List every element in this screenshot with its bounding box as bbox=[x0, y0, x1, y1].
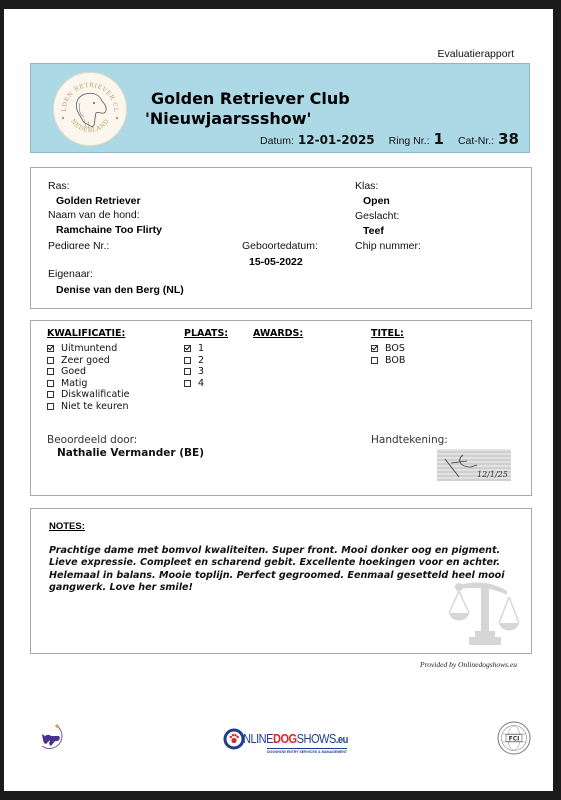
logo-text-top: GOLDEN RETRIEVER CLUB bbox=[54, 73, 119, 112]
checkbox-label: Uitmuntend bbox=[61, 343, 117, 355]
chip-number-label: Chip nummer: bbox=[355, 240, 421, 252]
catalog-number: 38 bbox=[498, 130, 519, 148]
show-name: 'Nieuwjaarssshow' bbox=[145, 109, 311, 128]
sex-value: Teef bbox=[363, 225, 384, 237]
checkbox-option[interactable]: BOB bbox=[371, 355, 405, 367]
breed-label: Ras: bbox=[48, 180, 70, 192]
checkbox-label: BOS bbox=[385, 343, 405, 355]
checkbox-label: Diskwalificatie bbox=[61, 389, 130, 401]
checkbox-option[interactable]: Niet te keuren bbox=[47, 401, 130, 413]
checkbox-option[interactable]: Uitmuntend bbox=[47, 343, 130, 355]
fci-logo-icon: FCI bbox=[497, 721, 531, 755]
signature-date: 12/1/25 bbox=[477, 470, 508, 479]
signature-label: Handtekening: bbox=[371, 434, 448, 446]
show-date: 12-01-2025 bbox=[298, 133, 375, 147]
checkbox-unchecked-icon[interactable] bbox=[47, 391, 54, 398]
logo-part-dog: DOG bbox=[273, 731, 297, 746]
checkbox-unchecked-icon[interactable] bbox=[47, 357, 54, 364]
checkbox-label: Matig bbox=[61, 378, 87, 390]
checkbox-option[interactable]: 2 bbox=[184, 355, 228, 367]
judge-name: Nathalie Vermander (BE) bbox=[57, 447, 204, 459]
dog-info-section: Ras: Golden Retriever Naam van de hond: … bbox=[30, 167, 532, 309]
checkbox-option[interactable]: Matig bbox=[47, 378, 130, 390]
pedigree-label: Pedigree Nr.: bbox=[48, 240, 109, 249]
checkbox-option[interactable]: Zeer goed bbox=[47, 355, 130, 367]
checkbox-option[interactable]: 3 bbox=[184, 366, 228, 378]
checkbox-checked-icon[interactable] bbox=[184, 345, 191, 352]
checkbox-unchecked-icon[interactable] bbox=[184, 357, 191, 364]
checkbox-label: Zeer goed bbox=[61, 355, 110, 367]
birthdate-label: Geboortedatum: bbox=[242, 240, 318, 252]
awards-heading: AWARDS: bbox=[253, 328, 303, 339]
breed-value: Golden Retriever bbox=[56, 195, 141, 207]
report-type-label: Evaluatierapport bbox=[438, 48, 514, 60]
checkbox-checked-icon[interactable] bbox=[371, 345, 378, 352]
judged-by-label: Beoordeeld door: bbox=[47, 434, 137, 446]
checkbox-label: 3 bbox=[198, 366, 204, 378]
ring-label: Ring Nr.: bbox=[389, 135, 430, 147]
logo-part-eu: .eu bbox=[336, 734, 348, 746]
dog-name-value: Ramchaine Too Flirty bbox=[56, 224, 162, 236]
checkbox-option[interactable]: 1 bbox=[184, 343, 228, 355]
checkbox-label: 2 bbox=[198, 355, 204, 367]
signature-image: 12/1/25 bbox=[437, 449, 511, 481]
placement-heading: PLAATS: bbox=[184, 328, 228, 339]
checkbox-label: 4 bbox=[198, 378, 204, 390]
show-meta: Datum: 12-01-2025 Ring Nr.: 1 Cat-Nr.: 3… bbox=[260, 130, 519, 148]
checkbox-label: Goed bbox=[61, 366, 86, 378]
golden-retriever-club-logo-icon: GOLDEN RETRIEVER CLUB NEDERLAND bbox=[53, 72, 127, 146]
owner-label: Eigenaar: bbox=[48, 268, 93, 280]
qualification-options: UitmuntendZeer goedGoedMatigDiskwalifica… bbox=[47, 343, 130, 412]
ring-number: 1 bbox=[434, 130, 444, 148]
qualification-heading: KWALIFICATIE: bbox=[47, 328, 130, 339]
onlinedogshows-wordmark: NLINEDOGSHOWS.eu bbox=[243, 731, 348, 746]
checkbox-unchecked-icon[interactable] bbox=[47, 403, 54, 410]
checkbox-label: Niet te keuren bbox=[61, 401, 129, 413]
checkbox-option[interactable]: Goed bbox=[47, 366, 130, 378]
notes-section: NOTES: Prachtige dame met bomvol kwalite… bbox=[30, 508, 532, 654]
checkbox-unchecked-icon[interactable] bbox=[47, 368, 54, 375]
class-value: Open bbox=[363, 195, 390, 207]
title-group: TITEL: BOSBOB bbox=[371, 328, 405, 366]
sex-label: Geslacht: bbox=[355, 210, 399, 222]
checkbox-unchecked-icon[interactable] bbox=[47, 380, 54, 387]
title-options: BOSBOB bbox=[371, 343, 405, 366]
owner-value: Denise van den Berg (NL) bbox=[56, 284, 184, 296]
class-label: Klas: bbox=[355, 180, 378, 192]
club-name: Golden Retriever Club bbox=[151, 89, 350, 108]
onlinedogshows-logo[interactable]: NLINEDOGSHOWS.eu DOGSHOW ENTRY SERVICES … bbox=[223, 728, 353, 758]
onlinedogshows-subtitle: DOGSHOW ENTRY SERVICES & MANAGEMENT bbox=[267, 748, 347, 754]
checkbox-unchecked-icon[interactable] bbox=[371, 357, 378, 364]
svg-text:GOLDEN RETRIEVER CLUB: GOLDEN RETRIEVER CLUB bbox=[54, 73, 119, 112]
report-header: GOLDEN RETRIEVER CLUB NEDERLAND Golden R… bbox=[30, 63, 530, 153]
fci-text: FCI bbox=[509, 736, 520, 743]
dog-jumping-logo-icon bbox=[37, 722, 67, 752]
logo-part-online: NLINE bbox=[243, 731, 273, 746]
checkbox-unchecked-icon[interactable] bbox=[184, 368, 191, 375]
date-label: Datum: bbox=[260, 135, 294, 147]
checkbox-option[interactable]: BOS bbox=[371, 343, 405, 355]
notes-heading: NOTES: bbox=[49, 521, 85, 532]
awards-group: AWARDS: bbox=[253, 328, 303, 339]
dog-name-label: Naam van de hond: bbox=[48, 209, 140, 221]
evaluation-section: KWALIFICATIE: UitmuntendZeer goedGoedMat… bbox=[30, 320, 532, 496]
checkbox-unchecked-icon[interactable] bbox=[184, 380, 191, 387]
catalog-label: Cat-Nr.: bbox=[458, 135, 494, 147]
checkbox-checked-icon[interactable] bbox=[47, 345, 54, 352]
qualification-group: KWALIFICATIE: UitmuntendZeer goedGoedMat… bbox=[47, 328, 130, 412]
checkbox-option[interactable]: Diskwalificatie bbox=[47, 389, 130, 401]
scales-of-justice-icon bbox=[447, 579, 521, 651]
title-heading: TITEL: bbox=[371, 328, 405, 339]
checkbox-label: 1 bbox=[198, 343, 204, 355]
provided-by-text: Provided by Onlinedogshows.eu bbox=[420, 660, 517, 669]
placement-options: 1234 bbox=[184, 343, 228, 389]
evaluation-report-page: Evaluatierapport GOLDEN RETRIEVER CLUB N… bbox=[4, 9, 553, 791]
placement-group: PLAATS: 1234 bbox=[184, 328, 228, 389]
checkbox-option[interactable]: 4 bbox=[184, 378, 228, 390]
birthdate-value: 15-05-2022 bbox=[249, 256, 303, 268]
checkbox-label: BOB bbox=[385, 355, 405, 367]
logo-part-shows: SHOWS bbox=[297, 731, 336, 746]
